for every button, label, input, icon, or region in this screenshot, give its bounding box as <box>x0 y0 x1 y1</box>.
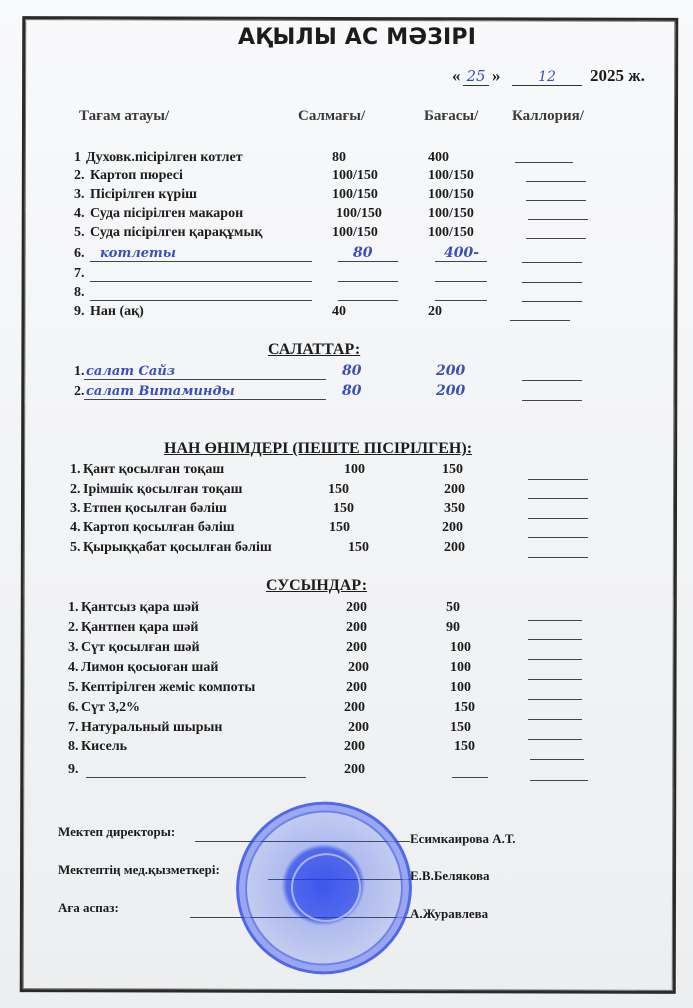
item-price: 100/150 <box>428 185 474 204</box>
calorie-blank-line <box>522 380 582 381</box>
column-header-weight: Салмағы/ <box>298 108 365 125</box>
item-weight-line <box>338 261 398 262</box>
item-number: 9. <box>74 302 85 321</box>
item-name: Сүт қосылған шәй <box>81 638 200 657</box>
item-weight: 100/150 <box>336 204 382 223</box>
calorie-blank-line <box>528 557 588 558</box>
item-name: Нан (ақ) <box>90 302 144 321</box>
signature-role-chef: Аға аспаз: <box>58 900 119 916</box>
item-price: 400 <box>428 148 449 167</box>
calorie-blank-line <box>528 479 588 480</box>
calorie-blank-line <box>522 301 582 302</box>
item-number: 5. <box>68 678 79 697</box>
date-day: 25 <box>463 67 489 86</box>
item-price: 100/150 <box>428 223 474 242</box>
calorie-blank-line <box>530 780 588 781</box>
item-weight: 150 <box>328 480 349 499</box>
item-number: 4. <box>68 658 79 677</box>
item-name: Картоп қосылған бәліш <box>83 518 235 537</box>
item-price: 150 <box>454 737 475 756</box>
signature-name-medic: Е.В.Белякова <box>410 868 490 884</box>
item-weight: 100/150 <box>332 185 378 204</box>
item-name: Сүт 3,2% <box>81 698 140 717</box>
calorie-blank-line <box>515 162 573 163</box>
item-weight-line <box>338 281 398 282</box>
item-name: Кисель <box>81 737 127 756</box>
calorie-blank-line <box>526 200 586 201</box>
item-price: 350 <box>444 499 465 518</box>
item-number: 3. <box>68 638 79 657</box>
item-weight: 200 <box>346 678 367 697</box>
item-price-line <box>435 281 487 282</box>
calorie-blank-line <box>522 282 582 283</box>
item-price: 50 <box>446 598 460 617</box>
item-number: 3. <box>74 185 85 204</box>
item-number: 2. <box>74 166 85 185</box>
item-weight: 200 <box>344 737 365 756</box>
item-weight: 150 <box>329 518 350 537</box>
date-month-field: 12 <box>512 66 582 86</box>
calorie-blank-line <box>530 759 584 760</box>
item-weight: 200 <box>346 598 367 617</box>
calorie-blank-line <box>528 699 582 700</box>
calorie-blank-line <box>528 219 588 220</box>
item-price: 100 <box>450 638 471 657</box>
signature-role-medic: Мектептің мед.қызметкері: <box>58 862 220 878</box>
calorie-blank-line <box>528 639 582 640</box>
calorie-blank-line <box>528 498 588 499</box>
item-number: 9. <box>68 760 79 779</box>
column-header-price: Бағасы/ <box>424 108 478 125</box>
item-weight: 100/150 <box>332 166 378 185</box>
item-number: 1 <box>74 148 81 167</box>
item-number: 7. <box>68 718 79 737</box>
item-weight: 200 <box>348 658 369 677</box>
calorie-blank-line <box>528 659 582 660</box>
calorie-blank-line <box>522 400 582 401</box>
item-price-line <box>435 261 487 262</box>
item-weight: 200 <box>344 698 365 717</box>
date-month: 12 <box>512 69 582 86</box>
seal-emblem-icon <box>285 847 368 929</box>
item-name: Қантсыз қара шәй <box>81 598 199 617</box>
item-price: 90 <box>446 618 460 637</box>
item-weight: 80 <box>342 362 361 381</box>
item-weight: 100 <box>344 460 365 479</box>
item-number: 8. <box>68 737 79 756</box>
item-number: 6. <box>74 244 85 263</box>
item-name: Қант қосылған тоқаш <box>83 460 224 479</box>
calorie-blank-line <box>528 739 582 740</box>
item-price: 200 <box>444 480 465 499</box>
item-number: 6. <box>68 698 79 717</box>
column-header-calories: Каллория/ <box>512 108 584 125</box>
signature-role-director: Мектеп директоры: <box>58 824 175 840</box>
calorie-blank-line <box>528 620 582 621</box>
item-price: 100/150 <box>428 204 474 223</box>
item-price-line <box>452 777 488 778</box>
item-weight: 150 <box>348 538 369 557</box>
date-year: 2025 ж. <box>590 66 645 86</box>
item-weight: 200 <box>344 760 365 779</box>
item-number: 4. <box>74 204 85 223</box>
item-weight: 100/150 <box>332 223 378 242</box>
signature-name-chef: А.Журавлева <box>410 906 488 922</box>
calorie-blank-line <box>528 537 588 538</box>
item-number: 1. <box>74 362 85 381</box>
item-number: 1. <box>70 460 81 479</box>
item-name: Ірімшік қосылған тоқаш <box>83 480 243 499</box>
item-number: 3. <box>70 499 81 518</box>
item-price: 100/150 <box>428 166 474 185</box>
item-price: 150 <box>442 460 463 479</box>
calorie-blank-line <box>528 679 582 680</box>
section-title-drinks: СУСЫНДАР: <box>266 577 367 595</box>
item-name-line <box>90 300 312 301</box>
date-open-quote: « <box>452 66 461 86</box>
item-price: 200 <box>436 362 465 381</box>
date-day-field: 25 <box>463 66 489 86</box>
item-price: 100 <box>450 678 471 697</box>
signature-name-director: Есимкаирова А.Т. <box>410 831 516 847</box>
column-header-name: Тағам атауы/ <box>79 108 169 125</box>
item-name: Суда пісірілген қарақұмық <box>90 223 262 242</box>
item-price: 200 <box>444 538 465 557</box>
calorie-blank-line <box>528 719 582 720</box>
item-weight: 200 <box>348 718 369 737</box>
item-price: 100 <box>450 658 471 677</box>
item-price: 200 <box>442 518 463 537</box>
section-title-bakery: НАН ӨНІМДЕРІ (ПЕШТЕ ПІСІРІЛГЕН): <box>164 440 472 458</box>
item-name: Натуральный шырын <box>81 718 222 737</box>
section-title-salads: САЛАТТАР: <box>268 341 360 359</box>
item-weight: 80 <box>332 148 346 167</box>
item-weight: 80 <box>342 382 361 401</box>
item-number: 5. <box>74 223 85 242</box>
item-name: Духовк.пісірілген котлет <box>86 148 243 167</box>
item-price: 150 <box>454 698 475 717</box>
item-weight: 200 <box>346 618 367 637</box>
item-price: 150 <box>450 718 471 737</box>
item-number: 2. <box>74 382 85 401</box>
calorie-blank-line <box>528 518 588 519</box>
item-number: 2. <box>68 618 79 637</box>
item-number: 8. <box>74 283 85 302</box>
item-price: 200 <box>436 382 465 401</box>
item-number: 7. <box>74 264 85 283</box>
item-name: Картоп пюресі <box>90 166 183 185</box>
date-close-quote: » <box>492 66 501 86</box>
item-name-line <box>84 399 326 400</box>
item-number: 2. <box>70 480 81 499</box>
calorie-blank-line <box>510 320 570 321</box>
item-name: Суда пісірілген макарон <box>90 204 243 223</box>
item-price-line <box>435 300 487 301</box>
item-name: Лимон қосыоған шай <box>81 658 218 677</box>
item-weight: 40 <box>332 302 346 321</box>
item-name: Қантпен қара шәй <box>81 618 198 637</box>
item-name: Пісірілген күріш <box>90 185 197 204</box>
calorie-blank-line <box>526 238 586 239</box>
item-weight: 200 <box>346 638 367 657</box>
item-name-line <box>90 261 312 262</box>
item-name-line <box>86 777 306 778</box>
document-title: АҚЫЛЫ АС МӘЗІРІ <box>238 25 476 50</box>
item-weight: 150 <box>333 499 354 518</box>
item-number: 4. <box>70 518 81 537</box>
item-name-line <box>84 379 326 380</box>
item-weight-line <box>338 300 398 301</box>
item-number: 1. <box>68 598 79 617</box>
item-name-line <box>90 281 312 282</box>
calorie-blank-line <box>522 262 582 263</box>
item-name: Етпен қосылған бәліш <box>83 499 227 518</box>
calorie-blank-line <box>526 181 586 182</box>
item-name: Кептірілген жеміс компоты <box>81 678 255 697</box>
item-price: 20 <box>428 302 442 321</box>
item-number: 5. <box>70 538 81 557</box>
item-name: Қырыққабат қосылған бәліш <box>83 538 272 557</box>
